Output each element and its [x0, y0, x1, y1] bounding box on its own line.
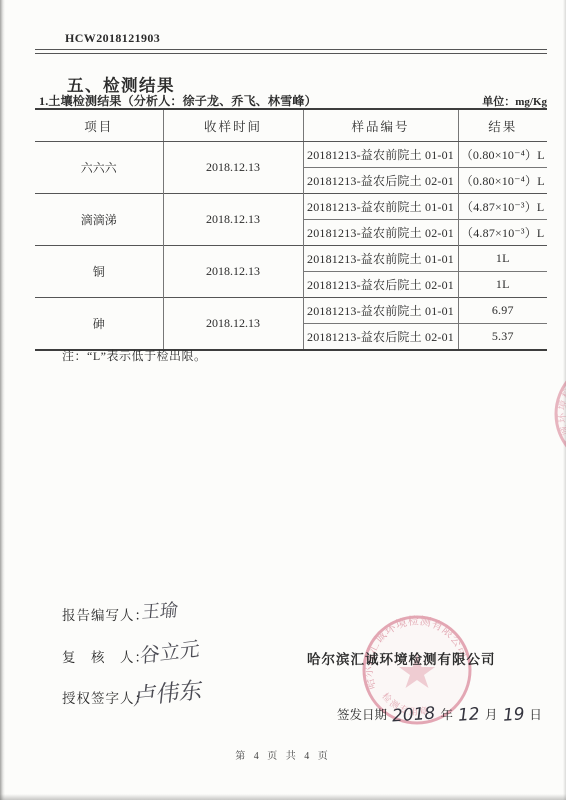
table-row: 铜2018.12.1320181213-益农前院土 01-011L [35, 246, 547, 272]
table-row: 六六六2018.12.1320181213-益农前院土 01-01（0.80×1… [35, 142, 547, 168]
column-header-date: 收样时间 [163, 109, 303, 142]
month-suffix: 月 [485, 708, 498, 722]
header-rule [35, 49, 547, 54]
day-suffix: 日 [529, 708, 542, 722]
company-name: 哈尔滨汇诚环境检测有限公司 [307, 648, 496, 668]
subsection-title: 1.土壤检测结果（分析人：徐子龙、乔飞、林雪峰） [39, 92, 317, 109]
column-header-result: 结果 [458, 109, 547, 142]
sample-id-cell: 20181213-益农前院土 01-01 [303, 246, 458, 272]
sample-id-cell: 20181213-益农后院土 02-01 [303, 272, 458, 298]
result-cell: （4.87×10⁻³）L [458, 220, 547, 246]
subsection-row: 1.土壤检测结果（分析人：徐子龙、乔飞、林雪峰） 单位：mg/Kg [39, 92, 547, 109]
result-cell: 1L [458, 272, 547, 298]
date-cell: 2018.12.13 [163, 246, 303, 298]
date-cell: 2018.12.13 [163, 194, 303, 246]
table-row: 砷2018.12.1320181213-益农前院土 01-016.97 [35, 298, 547, 324]
sample-id-cell: 20181213-益农前院土 01-01 [303, 298, 458, 324]
unit-label: 单位：mg/Kg [482, 93, 547, 109]
table-header-row: 项目 收样时间 样品编号 结果 [35, 109, 547, 142]
column-header-item: 项目 [35, 109, 163, 142]
scanned-report-page: HCW2018121903 五、检测结果 1.土壤检测结果（分析人：徐子龙、乔飞… [0, 0, 566, 800]
issue-day-handwritten: 19 [502, 704, 525, 725]
sample-id-cell: 20181213-益农前院土 01-01 [303, 194, 458, 220]
column-header-sample-id: 样品编号 [303, 109, 458, 142]
writer-signature: 王瑜 [141, 596, 179, 624]
item-cell: 滴滴涕 [35, 194, 163, 246]
sample-id-cell: 20181213-益农前院土 02-01 [303, 220, 458, 246]
note-text: 注：“L”表示低于检出限。 [62, 347, 206, 364]
year-suffix: 年 [441, 708, 454, 722]
result-cell: 1L [458, 246, 547, 272]
result-cell: 5.37 [458, 324, 547, 351]
result-cell: 6.97 [458, 298, 547, 324]
report-number: HCW2018121903 [65, 31, 160, 46]
scan-edge-shadow-bottom [0, 794, 566, 800]
result-cell: （0.80×10⁻⁴）L [458, 142, 547, 168]
date-cell: 2018.12.13 [163, 142, 303, 194]
item-cell: 铜 [35, 246, 163, 298]
reviewer-signature: 谷立元 [139, 632, 200, 669]
sample-id-cell: 20181213-益农后院土 02-01 [303, 168, 458, 194]
authorizer-signature: 卢伟东 [132, 671, 204, 712]
date-cell: 2018.12.13 [163, 298, 303, 351]
result-cell: （0.80×10⁻⁴）L [458, 168, 547, 194]
issue-date-label: 签发日期 [337, 708, 387, 722]
scan-edge-shadow-left [0, 0, 5, 800]
sample-id-cell: 20181213-益农后院土 02-01 [303, 324, 458, 351]
reviewer-label: 复 核 人： [62, 646, 149, 666]
writer-label: 报告编写人： [62, 604, 149, 624]
item-cell: 六六六 [35, 142, 163, 194]
page-footer: 第 4 页 共 4 页 [0, 747, 566, 762]
item-cell: 砷 [35, 298, 163, 351]
results-table: 项目 收样时间 样品编号 结果 六六六2018.12.1320181213-益农… [35, 108, 547, 351]
result-cell: （4.87×10⁻³）L [458, 194, 547, 220]
table-row: 滴滴涕2018.12.1320181213-益农前院土 01-01（4.87×1… [35, 194, 547, 220]
sample-id-cell: 20181213-益农前院土 01-01 [303, 142, 458, 168]
issue-month-handwritten: 12 [458, 704, 481, 725]
issue-year-handwritten: 2018 [391, 704, 436, 727]
issue-date-line: 签发日期 2018 年 12 月 19 日 [337, 704, 542, 724]
partial-red-stamp: 哈尔滨汇诚环境检测有限公司 [505, 352, 566, 484]
